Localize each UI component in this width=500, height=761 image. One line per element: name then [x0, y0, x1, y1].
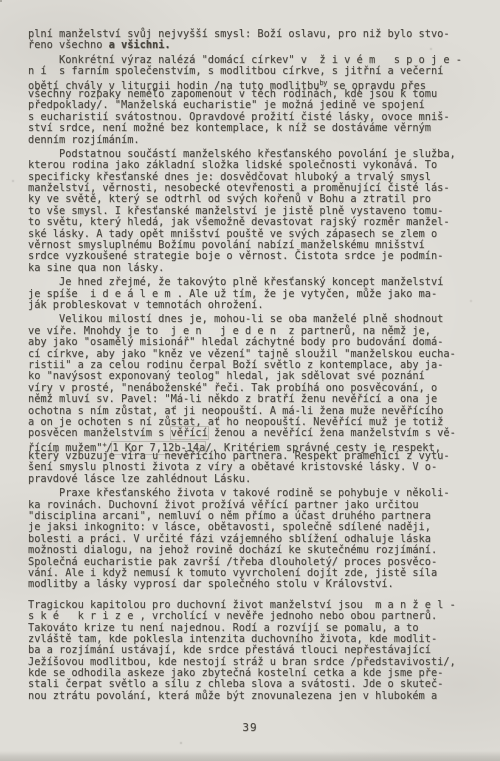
text-segment: nou ztrátu povolání, která může být znov…	[28, 690, 437, 702]
text-segment: Takováto krize tu není najednou. Rodí a …	[28, 622, 419, 634]
text-segment: možnosti dialogu, na jehož rovině docház…	[28, 544, 437, 556]
text-segment: denním rozjímáním.	[28, 134, 140, 146]
text-segment: Praxe křesťanského života v takové rodin…	[28, 487, 450, 499]
text-segment: Je hned zřejmé, že takovýto plně křesťan…	[28, 276, 443, 288]
scan-speckles	[0, 0, 2, 2]
text-segment: bolesti a práci. V určité fázi vzájemnéh…	[28, 533, 431, 545]
text-segment: Ježíšovou modlitbou, kde nestojí stráž u…	[28, 656, 456, 668]
text-line: řeno všechno a všichni.	[28, 40, 480, 51]
text-segment: předpoklady/. "Manželská eucharistie" je…	[28, 99, 425, 111]
text-line: ják probleskovat v temnotách ohrožení.	[28, 300, 480, 311]
text-segment: cí církve, aby jako "kněz ve vězení" taj…	[28, 348, 456, 360]
text-segment: stali čerpat světlo a sílu z chleba slov…	[28, 678, 443, 690]
page-number: 39	[0, 722, 500, 734]
text-segment-sup: by	[319, 79, 326, 87]
text-segment-boxed: věřící	[171, 427, 208, 439]
text-segment: s eucharistií svátostnou. Opravdové prož…	[28, 111, 450, 123]
text-line: posvěcen manželstvím s věřící ženou a ne…	[28, 428, 480, 439]
text-segment: šení smyslu plnosti života z víry a obět…	[28, 461, 437, 473]
text-line: n í s farním společenstvím, s modlitbou …	[28, 66, 480, 77]
text-segment: ve víře. Mnohdy je to j e n j e d e n z …	[28, 325, 431, 337]
text-segment: ka sine qua non lásky.	[28, 262, 164, 274]
text-segment: Konkrétní výraz nalézá "domácí církev" v…	[28, 54, 462, 66]
text-segment: posvěcen manželstvím s	[28, 427, 171, 439]
text-segment: specificky křesťanské dnes je: dosvědčov…	[28, 171, 431, 183]
text-segment: Společná eucharistie pak završí /třeba d…	[28, 556, 437, 568]
text-segment: ba a rozjímání ustávají, kde srdce přest…	[28, 644, 431, 656]
scan-bottom-edge-shadow	[0, 751, 500, 761]
text-segment: řeno všechno	[28, 39, 109, 51]
text-segment: Tragickou kapitolou pro duchovní život m…	[28, 599, 456, 611]
text-segment: ky ve světě, který se odtrhl od svých ko…	[28, 193, 431, 205]
text-line: modlitby a lásky vyprosí dar společného …	[28, 579, 480, 590]
text-segment: modlitby a lásky vyprosí dar společného …	[28, 578, 394, 590]
text-segment: pravdové lásce lze zahlédnout Lásku.	[28, 473, 251, 485]
text-segment: Velikou milostí dnes je, mohou-li se oba…	[28, 313, 443, 325]
text-segment: víry v prosté, "nenáboženské" řeči. Tak …	[28, 382, 437, 394]
text-segment: ženou a nevěřící žena manželstvím s vě-	[208, 427, 456, 439]
text-line: nou ztrátu povolání, která může být znov…	[28, 691, 480, 702]
text-segment: němž mluví sv. Pavel: "Má-li někdo z bra…	[28, 393, 437, 405]
text-segment: n í s farním společenstvím, s modlitbou …	[28, 65, 443, 77]
text-segment: ochotna s ním zůstat, ať ji neopouští. A…	[28, 405, 443, 417]
text-segment-bold: a všichni.	[109, 39, 171, 51]
text-segment: s k é k r i z e , vrcholící v nevěře jed…	[28, 610, 437, 622]
text-segment: ství srdce, není možné bez kontemplace, …	[28, 122, 431, 134]
text-segment: je jaksi inkognito: v lásce, obětavosti,…	[28, 521, 431, 533]
text-segment: ka rovinách. Duchovní život prožívá věří…	[28, 499, 419, 511]
text-line: ka sine qua non lásky.	[28, 263, 480, 274]
text-segment: aby jako "osamělý misionář" hledal záchy…	[28, 336, 443, 348]
text-line: denním rozjímáním.	[28, 135, 480, 146]
text-segment: ko "navýsost exponovaný teolog" hledal, …	[28, 370, 425, 382]
text-segment: kterou rodina jako základní složka lidsk…	[28, 159, 437, 171]
text-segment: to světu, který hledá, jak všemožně deva…	[28, 216, 450, 228]
text-segment: srdce vyzkoušené strategie boje o věrnos…	[28, 250, 443, 262]
scanned-typewritten-page: { "colors": { "paper": "#dfddd7", "ink":…	[0, 0, 500, 761]
text-segment: je spíše i d e á l e m . Ale už tím, že …	[28, 288, 437, 300]
text-segment: ják probleskovat v temnotách ohrožení.	[28, 299, 264, 311]
typewritten-text-body: plní manželství svůj nejvyšší smysl: Bož…	[28, 29, 480, 702]
text-line: pravdové lásce lze zahlédnout Lásku.	[28, 474, 480, 485]
text-segment: ské lásky. A tady opět mnišství pouště v…	[28, 228, 437, 240]
